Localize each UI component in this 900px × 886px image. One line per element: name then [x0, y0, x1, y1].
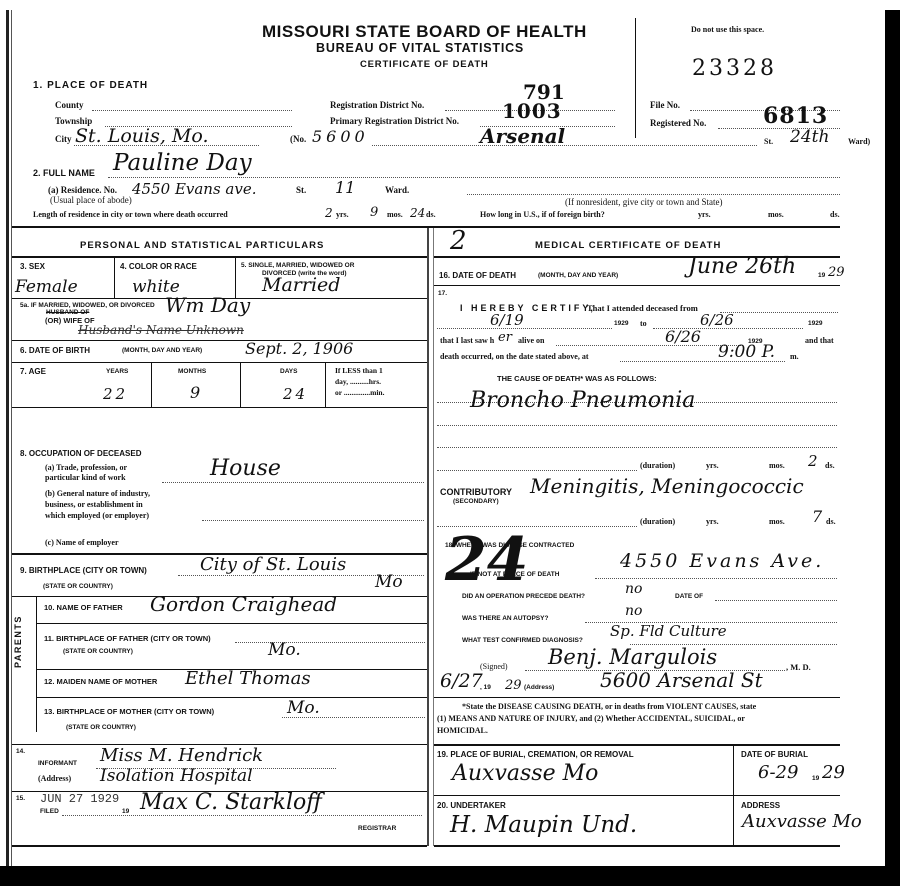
duration-ds-label: ds. [825, 461, 835, 470]
burial-label: 19. PLACE OF BURIAL, CREMATION, OR REMOV… [437, 750, 634, 759]
death-certificate: MISSOURI STATE BOARD OF HEALTH BUREAU OF… [0, 0, 900, 886]
ward-value: 24th [790, 127, 829, 147]
column-divider [427, 228, 429, 846]
certify-label: I HEREBY CERTIFY, [460, 303, 596, 313]
signed-year-prefix: , 19 [480, 684, 491, 691]
rule [151, 363, 152, 407]
full-name-label: 2. FULL NAME [33, 168, 95, 178]
marital-label: 5. SINGLE, MARRIED, WIDOWED OR [241, 262, 354, 269]
birthplace-state-value: Mo [375, 572, 403, 592]
contributory-mos-label: mos. [769, 517, 785, 526]
county-field [92, 110, 292, 111]
age-label: 7. AGE [20, 367, 46, 376]
street-no-value: 5600 [312, 127, 369, 146]
dod-label: 16. DATE OF DEATH [439, 271, 516, 280]
usual-abode-note: (Usual place of abode) [50, 195, 132, 205]
sex-value: Female [15, 277, 78, 297]
time-field [620, 361, 785, 362]
race-label: 4. COLOR OR RACE [120, 262, 197, 271]
cause-duration-line [437, 470, 637, 471]
rule [434, 697, 840, 698]
father-birthplace-value: Mo. [268, 640, 301, 660]
residence-ward-value: 11 [335, 178, 355, 197]
contracted-field [595, 578, 837, 579]
footnote-line-2: (1) MEANS AND NATURE OF INJURY, and (2) … [437, 714, 745, 723]
registrar-signature: Max C. Starkloff [140, 790, 322, 815]
mother-birthplace-value: Mo. [287, 698, 320, 718]
length-ds-value: 24 [410, 206, 425, 220]
test-value: Sp. Fld Culture [610, 622, 727, 640]
employer-label: (c) Name of employer [45, 538, 119, 547]
burial-date-value: 6-29 [758, 762, 798, 783]
mother-birth-state-label: (STATE OR COUNTRY) [66, 724, 136, 731]
birthplace-label: 9. BIRTHPLACE (CITY OR TOWN) [20, 566, 147, 575]
file-no-label: File No. [650, 100, 680, 110]
primary-reg-field [480, 126, 615, 127]
less-than-label: If LESS than 1 [335, 366, 383, 375]
last-saw-date: 6/26 [665, 327, 701, 346]
marital-value: Married [262, 274, 340, 296]
attended-from-year: 1929 [614, 320, 628, 327]
last-saw-field [556, 345, 741, 346]
autopsy-label: WAS THERE AN AUTOPSY? [462, 615, 548, 622]
rule [37, 623, 427, 624]
primary-reg-label: Primary Registration District No. [330, 116, 459, 126]
residence-label: (a) Residence. No. [48, 185, 117, 195]
registered-no-field [718, 128, 840, 129]
column-divider-inner [433, 228, 434, 846]
signed-label: (Signed) [480, 662, 508, 671]
operation-value: no [625, 581, 642, 597]
rule [12, 407, 427, 408]
occupation-b-label-3: which employed (or employer) [45, 511, 149, 520]
personal-section-title: PERSONAL AND STATISTICAL PARTICULARS [80, 240, 324, 251]
sex-label: 3. SEX [20, 262, 45, 271]
dob-sublabel: (MONTH, DAY AND YEAR) [122, 347, 202, 354]
burial-year: 29 [822, 762, 845, 783]
reg-district-label: Registration District No. [330, 100, 424, 110]
undertaker-address-label: ADDRESS [741, 801, 780, 810]
residence-value: 4550 Evans ave. [132, 180, 257, 198]
registered-no-label: Registered No. [650, 118, 706, 128]
medical-mark: 2 [450, 226, 467, 256]
filed-label: FILED [40, 808, 59, 815]
last-saw-pronoun: er [498, 330, 512, 345]
autopsy-value: no [625, 603, 642, 619]
rule [12, 340, 427, 341]
alive-label: alive on [518, 336, 544, 345]
yrs-label: yrs. [336, 210, 349, 219]
nonresident-note: (If nonresident, give city or town and S… [565, 197, 722, 207]
certify-number: 17. [438, 290, 447, 297]
md-label: , M. D. [786, 662, 811, 672]
section-divider [12, 226, 840, 228]
occupation-label: 8. OCCUPATION OF DECEASED [20, 449, 142, 458]
dod-value: June 26th [688, 254, 796, 279]
rule [434, 744, 840, 746]
undertaker-label: 20. UNDERTAKER [437, 801, 506, 810]
signed-value: Benj. Margulois [548, 645, 717, 669]
father-label: 10. NAME OF FATHER [44, 603, 123, 612]
date-of-label: DATE OF [675, 593, 703, 600]
registered-no-value: 6813 [763, 103, 828, 129]
place-of-death-label: 1. PLACE OF DEATH [33, 80, 148, 91]
cause-duration-ds: 2 [808, 452, 818, 470]
bottom-scan-edge [0, 866, 900, 886]
left-border-inner [11, 10, 12, 886]
attended-to-year: 1929 [808, 320, 822, 327]
parents-label: PARENTS [13, 615, 23, 668]
residence-st-label: St. [296, 185, 306, 195]
duration-mos-label: mos. [769, 461, 785, 470]
rule [325, 363, 326, 407]
nonresident-field [467, 194, 840, 195]
certify-text: That I attended deceased from [587, 303, 698, 313]
cause-line-3 [437, 447, 837, 448]
days-label: DAYS [280, 368, 297, 375]
st-label: St. [764, 137, 773, 146]
rule [434, 285, 840, 286]
father-birthplace-label: 11. BIRTHPLACE OF FATHER (CITY OR TOWN) [44, 634, 211, 643]
min-label: or ..............min. [335, 388, 384, 397]
age-years-value: 22 [103, 385, 128, 403]
rule [12, 362, 427, 363]
dod-year-prefix: 19 [818, 272, 825, 279]
informant-address-label: (Address) [38, 774, 71, 783]
length-residence-label: Length of residence in city or town wher… [33, 210, 228, 219]
attended-from-value: 6/19 [490, 311, 524, 329]
primary-reg-value: 1003 [502, 99, 562, 123]
mother-value: Ethel Thomas [185, 668, 311, 689]
father-birthplace-field [235, 642, 425, 643]
certificate-number: 23328 [692, 56, 777, 81]
occupation-a-label-2: particular kind of work [45, 473, 126, 482]
operation-date-field [715, 600, 837, 601]
county-label: County [55, 100, 84, 110]
rule [235, 257, 236, 298]
dob-value: Sept. 2, 1906 [245, 339, 353, 358]
rule [240, 363, 241, 407]
spouse-value: Wm Day [165, 293, 250, 317]
burial-year-prefix: 19 [812, 775, 819, 782]
rule [36, 597, 37, 732]
occupation-a-label: (a) Trade, profession, or [45, 463, 127, 472]
industry-field [202, 520, 424, 521]
residence-ward-label: Ward. [385, 185, 409, 195]
contributory-value: Meningitis, Meningococcic [530, 474, 804, 498]
informant-address-value: Isolation Hospital [100, 766, 253, 786]
city-label: City [55, 134, 72, 144]
foreign-yrs-label: yrs. [698, 210, 711, 219]
father-value: Gordon Craighead [150, 592, 337, 616]
death-time-value: 9:00 P. [718, 342, 775, 362]
rule [12, 845, 427, 847]
filed-stamp: JUN 27 1929 [40, 792, 119, 806]
dod-sublabel: (MONTH, DAY AND YEAR) [538, 272, 618, 279]
rule [37, 697, 427, 698]
occupation-b-label-2: business, or establishment in [45, 500, 143, 509]
birthplace-state-label: (STATE OR COUNTRY) [43, 583, 113, 590]
doctor-address-value: 5600 Arsenal St [600, 668, 763, 692]
burial-date-label: DATE OF BURIAL [741, 750, 808, 759]
footnote-line-3: HOMICIDAL. [437, 726, 488, 735]
mother-birthplace-field [282, 717, 425, 718]
filed-number: 15. [16, 795, 25, 802]
footnote-line-1: *State the DISEASE CAUSING DEATH, or in … [462, 702, 756, 711]
months-label: MONTHS [178, 368, 206, 375]
signed-date: 6/27 [440, 670, 483, 692]
dob-label: 6. DATE OF BIRTH [20, 346, 90, 355]
rule [434, 845, 840, 847]
duration-yrs-label: yrs. [706, 461, 719, 470]
occupation-value: House [210, 456, 281, 481]
undertaker-address-value: Auxvasse Mo [742, 811, 862, 832]
foreign-mos-label: mos. [768, 210, 784, 219]
filed-year-prefix: 19 [122, 808, 129, 815]
birthplace-value: City of St. Louis [200, 554, 346, 575]
duration-label: (duration) [640, 461, 675, 470]
cause-line-2 [437, 425, 837, 426]
contributory-duration-label: (duration) [640, 517, 675, 526]
hrs-label: day, ..........hrs. [335, 377, 381, 386]
years-label: YEARS [106, 368, 128, 375]
last-saw-label: that I last saw h [440, 336, 494, 345]
medical-section-title: MEDICAL CERTIFICATE OF DEATH [535, 240, 721, 251]
right-scan-edge [885, 10, 900, 886]
filed-field [62, 815, 422, 816]
undertaker-value: H. Maupin Und. [450, 812, 637, 838]
street-no-label: (No. [290, 134, 306, 144]
length-mos-value: 9 [370, 205, 378, 220]
foreign-ds-label: ds. [830, 210, 840, 219]
do-not-use-note: Do not use this space. [691, 25, 764, 34]
cause-label: THE CAUSE OF DEATH* WAS AS FOLLOWS: [497, 374, 657, 383]
contributory-label: CONTRIBUTORY [440, 487, 512, 497]
contributory-duration-ds: 7 [812, 507, 822, 526]
rule [12, 256, 427, 258]
test-label: WHAT TEST CONFIRMED DIAGNOSIS? [462, 637, 583, 644]
spouse-label: 5a. IF MARRIED, WIDOWED, OR DIVORCED [20, 302, 155, 309]
document-type: CERTIFICATE OF DEATH [360, 59, 489, 70]
attended-from-field [437, 328, 612, 329]
doctor-address-label: (Address) [524, 684, 554, 691]
street-field [372, 145, 757, 146]
handwritten-annotation: 24 [445, 525, 529, 595]
occupation-b-label: (b) General nature of industry, [45, 489, 150, 498]
full-name-field [108, 177, 840, 178]
ds-label: ds. [426, 210, 436, 219]
husband-of-label: HUSBAND OF [46, 309, 89, 316]
mos-label: mos. [387, 210, 403, 219]
certify-field [720, 312, 838, 313]
to-label: to [640, 319, 647, 328]
left-border [6, 10, 9, 886]
secondary-label: (SECONDARY) [453, 498, 499, 505]
contributory-yrs-label: yrs. [706, 517, 719, 526]
spouse-struck-text: Husband's Name Unknown [78, 323, 244, 337]
father-birth-state-label: (STATE OR COUNTRY) [63, 648, 133, 655]
registrar-label: REGISTRAR [358, 825, 396, 832]
informant-value: Miss M. Hendrick [100, 745, 263, 766]
age-days-value: 24 [283, 385, 308, 403]
length-yrs-value: 2 [325, 206, 333, 220]
contracted-value: 4550 Evans Ave. [620, 550, 824, 572]
burial-place-value: Auxvasse Mo [452, 761, 598, 786]
occurred-label: death occurred, on the date stated above… [440, 352, 589, 361]
dod-year: 29 [828, 265, 845, 280]
age-months-value: 9 [190, 383, 200, 402]
cause-value: Broncho Pneumonia [470, 388, 695, 413]
and-that-label: and that [805, 336, 834, 345]
city-value: St. Louis, Mo. [75, 125, 209, 147]
informant-label: INFORMANT [38, 760, 77, 767]
contributory-ds-label: ds. [826, 517, 836, 526]
ward-label: Ward) [848, 137, 870, 146]
city-field [74, 145, 259, 146]
foreign-birth-label: How long in U.S., if of foreign birth? [480, 210, 605, 219]
signed-year: 29 [505, 678, 522, 693]
certificate-title: MISSOURI STATE BOARD OF HEALTH [262, 22, 587, 42]
mother-label: 12. MAIDEN NAME OF MOTHER [44, 677, 157, 686]
attended-to-value: 6/26 [700, 311, 734, 329]
header-divider [635, 18, 636, 138]
bureau-title: BUREAU OF VITAL STATISTICS [316, 41, 524, 55]
informant-number: 14. [16, 748, 25, 755]
mother-birthplace-label: 13. BIRTHPLACE OF MOTHER (CITY OR TOWN) [44, 707, 214, 716]
rule [434, 795, 840, 796]
full-name-value: Pauline Day [113, 150, 252, 176]
rule [114, 257, 115, 298]
m-label: m. [790, 352, 799, 361]
occupation-field [162, 482, 424, 483]
